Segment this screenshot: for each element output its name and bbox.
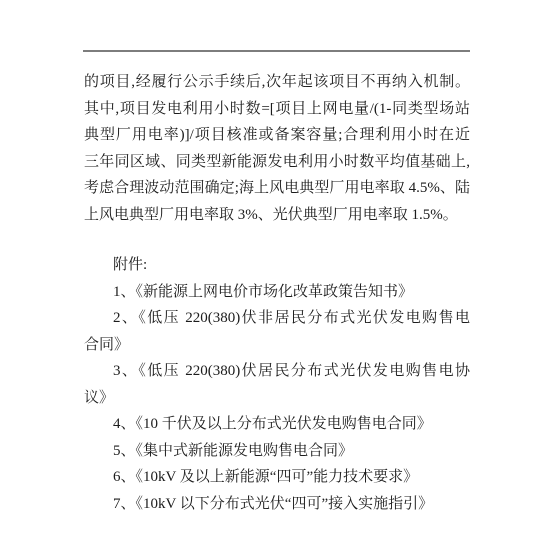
paragraph-line: 典型厂用电率)]/项目核准或备案容量;合理利用小时在近 bbox=[84, 122, 470, 149]
attachment-item-continuation: 议》 bbox=[84, 385, 470, 412]
paragraph-line: 考虑合理波动范围确定;海上风电典型厂用电率取 4.5%、陆 bbox=[84, 175, 470, 202]
paragraph-line: 的项目,经履行公示手续后,次年起该项目不再纳入机制。 bbox=[84, 69, 470, 96]
attachment-item: 2、《低压 220(380)伏非居民分布式光伏发电购售电 bbox=[84, 305, 470, 332]
attachment-item: 6、《10kV 及以上新能源“四可”能力技术要求》 bbox=[84, 464, 470, 491]
attachment-list: 附件: 1、《新能源上网电价市场化改革政策告知书》 2、《低压 220(380)… bbox=[84, 252, 470, 517]
attachment-item: 7、《10kV 以下分布式光伏“四可”接入实施指引》 bbox=[84, 491, 470, 518]
attachment-item: 4、《10 千伏及以上分布式光伏发电购售电合同》 bbox=[84, 411, 470, 438]
header-divider-line bbox=[83, 50, 470, 52]
attachments-heading: 附件: bbox=[84, 252, 470, 279]
paragraph-line: 其中,项目发电利用小时数=[项目上网电量/(1-同类型场站 bbox=[84, 96, 470, 123]
document-page: 的项目,经履行公示手续后,次年起该项目不再纳入机制。 其中,项目发电利用小时数=… bbox=[0, 0, 553, 535]
attachment-item: 1、《新能源上网电价市场化改革政策告知书》 bbox=[84, 279, 470, 306]
attachment-item-continuation: 合同》 bbox=[84, 332, 470, 359]
paragraph-line: 上风电典型厂用电率取 3%、光伏典型厂用电率取 1.5%。 bbox=[84, 202, 470, 229]
paragraph-line: 三年同区域、同类型新能源发电利用小时数平均值基础上, bbox=[84, 149, 470, 176]
body-paragraph: 的项目,经履行公示手续后,次年起该项目不再纳入机制。 其中,项目发电利用小时数=… bbox=[84, 69, 470, 228]
attachment-item: 3、《低压 220(380)伏居民分布式光伏发电购售电协 bbox=[84, 358, 470, 385]
attachment-item: 5、《集中式新能源发电购售电合同》 bbox=[84, 438, 470, 465]
